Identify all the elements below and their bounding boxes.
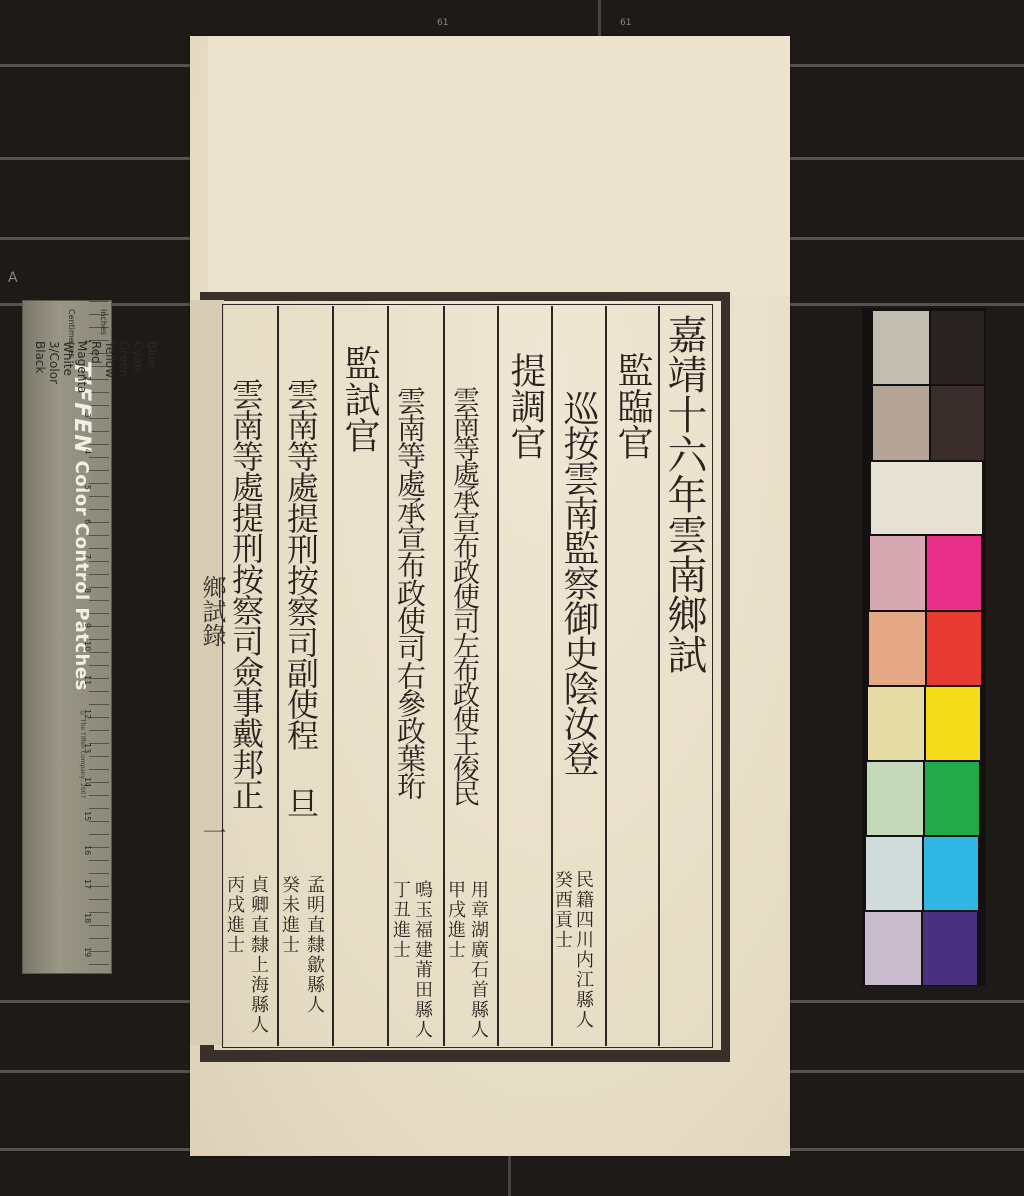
official-degree-note: 甲戌進士 — [446, 880, 464, 960]
cm-mark: 7 — [83, 554, 92, 559]
patch-black — [930, 310, 985, 385]
patch-lavender — [864, 911, 922, 986]
margin-strip — [190, 300, 224, 1045]
official-degree-note: 癸酉貢士 — [553, 870, 571, 950]
patch-pink-light — [869, 535, 926, 611]
label-white: White — [61, 341, 75, 393]
patch-gray-mid — [872, 385, 930, 461]
label-cyan: Cyan — [131, 341, 145, 393]
ruler-unit-in: Inches — [99, 309, 108, 335]
patch-gray-light — [872, 310, 930, 385]
cm-mark: 17 — [83, 879, 92, 889]
cm-mark: 19 — [83, 947, 92, 957]
board-vstripe — [598, 0, 601, 40]
cm-mark: 5 — [83, 485, 92, 490]
cm-mark: 1 — [83, 339, 92, 344]
label-yellow: Yellow — [103, 341, 117, 393]
official-origin-note: 鳴玉福建莆田縣人 — [413, 880, 431, 1040]
label-green: Green — [117, 341, 131, 393]
cm-mark: 3 — [83, 413, 92, 418]
label-red: Red — [89, 341, 103, 393]
official-origin-note: 貞卿直隸上海縣人 — [249, 875, 267, 1035]
patch-magenta — [926, 535, 982, 611]
patch-white — [870, 461, 983, 535]
heading-proctor: 提調官 — [507, 352, 543, 460]
cm-mark: 4 — [83, 449, 92, 454]
ruler-product: Color Control Patches — [71, 460, 92, 690]
official-degree-note: 丙戌進士 — [225, 875, 243, 955]
patch-cyan-light — [865, 836, 923, 911]
official-name: 雲南等處提刑按察司僉事戴邦正 — [230, 378, 262, 809]
cm-mark: 18 — [83, 913, 92, 923]
official-name: 雲南等處提刑按察司副使程 旦 — [285, 378, 317, 818]
column-divider — [497, 306, 499, 1046]
patch-red — [926, 611, 982, 686]
color-patch-chart — [862, 308, 986, 986]
cm-mark: 10 — [83, 641, 92, 651]
official-name: 雲南等處承宣布政使司左布政使王俊民 — [450, 386, 477, 804]
board-label: 61 — [437, 18, 448, 28]
cm-mark: 9 — [83, 623, 92, 628]
cm-mark: 8 — [83, 588, 92, 593]
label-blue: Blue — [145, 341, 159, 393]
patch-peach — [868, 611, 926, 686]
board-label: 61 — [620, 18, 631, 28]
heading-supervisor: 監臨官 — [614, 352, 650, 460]
cm-mark: 16 — [83, 845, 92, 855]
label-black: Black — [33, 341, 47, 393]
official-name: 巡按雲南監察御史陰汝登 — [560, 390, 596, 775]
heading-examiner: 監試官 — [341, 345, 377, 453]
patch-green-light — [866, 761, 924, 836]
patch-yellow-light — [867, 686, 925, 761]
column-divider — [658, 306, 660, 1046]
cm-mark: 2 — [83, 376, 92, 381]
label-3color: 3/Color — [47, 341, 61, 393]
cm-mark: 11 — [83, 675, 92, 685]
board-mark: A — [8, 270, 18, 286]
patch-dark-brown — [930, 385, 985, 461]
board-vstripe — [508, 1150, 511, 1196]
column-divider — [332, 306, 334, 1046]
official-origin-note: 民籍四川内江縣人 — [574, 870, 592, 1030]
ruler-color-labels: Blue Cyan Green Yellow Red Magenta White… — [33, 341, 159, 435]
patch-yellow — [925, 686, 981, 761]
official-degree-note: 癸未進士 — [280, 875, 298, 955]
official-name: 雲南等處承宣布政使司右參政葉珩 — [395, 386, 424, 799]
label-magenta: Magenta — [75, 341, 89, 393]
official-origin-note: 用章湖廣石首縣人 — [469, 880, 487, 1040]
official-degree-note: 丁丑進士 — [391, 880, 409, 960]
official-origin-note: 孟明直隸歙縣人 — [305, 875, 323, 1015]
column-divider — [605, 306, 607, 1046]
patch-cyan — [923, 836, 979, 911]
ruler-copyright: © The Tiffen Company, 2007 — [79, 710, 86, 798]
patch-violet — [922, 911, 978, 986]
paper-blank-top — [208, 36, 790, 296]
cm-mark: 15 — [83, 811, 92, 821]
document-title: 嘉靖十六年雲南鄉試 — [664, 314, 704, 674]
cm-mark: 6 — [83, 519, 92, 524]
patch-green — [924, 761, 980, 836]
tiffen-color-ruler: Centimetres Inches TIFFEN Color Control … — [22, 300, 112, 974]
column-divider — [387, 306, 389, 1046]
